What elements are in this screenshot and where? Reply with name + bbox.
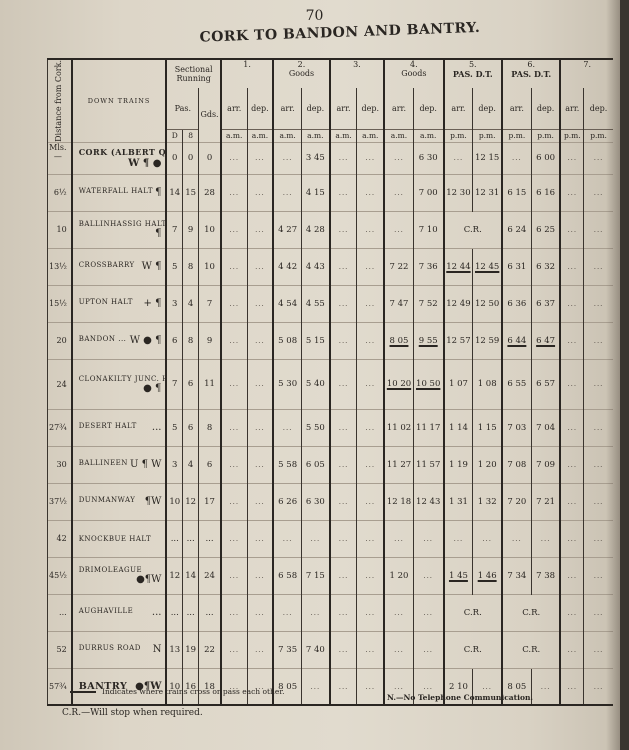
dep-time-cell: 7 09 (531, 446, 560, 483)
distance-header: Distance from Cork. (48, 59, 72, 142)
station-name: Ballinhassig Halt¶ (72, 211, 167, 248)
distance-cell: 6½ (48, 174, 72, 211)
distance-cell: 45½ (48, 557, 72, 594)
pas-s-cell: 0 (183, 142, 199, 174)
pas-s-cell: 9 (183, 211, 199, 248)
pas-s-cell: 19 (183, 631, 199, 668)
pas-d-cell: 14 (166, 174, 182, 211)
dep-time-cell: ... (247, 594, 273, 631)
dep-time-cell: ... (413, 557, 443, 594)
arr-time-cell: 7 35 (273, 631, 301, 668)
dep-period: p.m. (531, 129, 560, 142)
pas-s-cell: 8 (183, 248, 199, 285)
arr-time-cell: 1 31 (444, 483, 473, 520)
arr-time-cell: 1 19 (444, 446, 473, 483)
arr-time-cell: ... (560, 594, 583, 631)
arr-time-cell: 4 54 (273, 285, 301, 322)
arr-time-cell: ... (330, 248, 357, 285)
dep-time-cell: ... (473, 520, 502, 557)
train-header-4: 4.Goods (384, 59, 443, 88)
arr-time-cell: 4 42 (273, 248, 301, 285)
dep-time-cell: 6 57 (531, 359, 560, 409)
arr-time-cell: ... (221, 142, 247, 174)
time-cell-cr: C.R. (444, 631, 502, 668)
arr-time-cell: ... (330, 668, 357, 705)
dep-time-cell: 3 45 (302, 142, 330, 174)
gds-cell: 0 (199, 142, 221, 174)
arr-time-cell: ... (221, 248, 247, 285)
dep-header: dep. (584, 88, 613, 129)
timetable-page: 70 CORK TO BANDON AND BANTRY. Distance f… (0, 0, 620, 750)
arr-header: arr. (502, 88, 531, 129)
dep-time-cell: 6 30 (413, 142, 443, 174)
dep-time-cell: ... (584, 631, 613, 668)
station-row: 37½Dunmanway¶W101217......6 266 30......… (48, 483, 614, 520)
arr-time-cell: ... (221, 409, 247, 446)
arr-time-cell: ... (384, 520, 413, 557)
station-symbols: W ● ¶ (130, 335, 165, 346)
pas-d-cell: 7 (166, 211, 182, 248)
gds-cell: 28 (199, 174, 221, 211)
arr-header: arr. (560, 88, 583, 129)
arr-time-cell: 1 45 (444, 557, 473, 594)
arr-time-cell: ... (221, 211, 247, 248)
train-header-7: 7. (560, 59, 613, 88)
pas-s-cell: 12 (183, 483, 199, 520)
arr-time-cell: ... (330, 211, 357, 248)
arr-time-cell: ... (560, 211, 583, 248)
arr-time-cell: 1 07 (444, 359, 473, 409)
arr-time-cell: 6 36 (502, 285, 531, 322)
dep-period: a.m. (247, 129, 273, 142)
dep-period: a.m. (413, 129, 443, 142)
sectional-running-header: Sectional Running (166, 59, 220, 88)
timetable-body: Mls.—CORK (Albert Quay)W ¶ ●000.........… (48, 142, 614, 705)
arr-time-cell: 7 20 (502, 483, 531, 520)
train-header-5: 5.PAS. D.T. (444, 59, 502, 88)
dep-time-cell: 10 50 (413, 359, 443, 409)
station-row: 13½CrossbarryW ¶5810......4 424 43......… (48, 248, 614, 285)
arr-time-cell: ... (384, 594, 413, 631)
dep-time-cell: 11 57 (413, 446, 443, 483)
arr-time-cell: ... (330, 557, 357, 594)
arr-time-cell: 6 24 (502, 211, 531, 248)
dep-time-cell: 7 10 (413, 211, 443, 248)
distance-cell: 24 (48, 359, 72, 409)
down-trains-header: DOWN TRAINS (72, 59, 167, 142)
dep-time-cell: ... (302, 520, 330, 557)
arr-time-cell: ... (560, 409, 583, 446)
station-symbols: ... (152, 422, 165, 433)
station-symbols: ¶ (155, 228, 164, 239)
arr-time-cell: ... (273, 409, 301, 446)
arr-time-cell: 6 15 (502, 174, 531, 211)
dep-time-cell: 6 47 (531, 322, 560, 359)
arr-time-cell: ... (330, 483, 357, 520)
arr-time-cell: ... (444, 142, 473, 174)
arr-time-cell: 7 34 (502, 557, 531, 594)
distance-cell: 42 (48, 520, 72, 557)
dep-time-cell: 6 16 (531, 174, 560, 211)
arr-time-cell: 6 26 (273, 483, 301, 520)
pas-d-cell: 12 (166, 557, 182, 594)
timetable-header: Distance from Cork.DOWN TRAINSSectional … (48, 59, 614, 142)
arr-time-cell: ... (330, 631, 357, 668)
arr-time-cell: ... (560, 359, 583, 409)
pas-s-cell: 6 (183, 359, 199, 409)
gds-cell: ... (199, 520, 221, 557)
arr-period: a.m. (273, 129, 301, 142)
station-row: Mls.—CORK (Albert Quay)W ¶ ●000.........… (48, 142, 614, 174)
dep-time-cell: ... (584, 322, 613, 359)
station-name: Waterfall Halt¶ (72, 174, 167, 211)
station-name: Clonakilty Junc. Halt● ¶ (72, 359, 167, 409)
dep-time-cell: ... (247, 409, 273, 446)
arr-time-cell: 6 44 (502, 322, 531, 359)
arr-time-cell: ... (330, 520, 357, 557)
arr-period: p.m. (444, 129, 473, 142)
dep-header: dep. (413, 88, 443, 129)
dep-time-cell: ... (413, 520, 443, 557)
pas-s-cell: 15 (183, 174, 199, 211)
arr-time-cell: ... (330, 409, 357, 446)
dep-time-cell: ... (584, 174, 613, 211)
station-name: Upton Halt+ ¶ (72, 285, 167, 322)
station-symbols: ●¶W (136, 574, 164, 585)
arr-time-cell: 7 08 (502, 446, 531, 483)
dep-time-cell: ... (357, 174, 384, 211)
distance-cell: 13½ (48, 248, 72, 285)
arr-time-cell: ... (560, 322, 583, 359)
station-symbols: ¶ (155, 187, 164, 198)
arr-time-cell: ... (221, 285, 247, 322)
dep-time-cell: 1 15 (473, 409, 502, 446)
arr-time-cell: ... (330, 359, 357, 409)
distance-cell: 37½ (48, 483, 72, 520)
timetable: Distance from Cork.DOWN TRAINSSectional … (47, 58, 613, 706)
arr-time-cell: ... (560, 174, 583, 211)
station-name: Knockbue Halt (72, 520, 167, 557)
dep-time-cell: 12 50 (473, 285, 502, 322)
dep-time-cell: ... (247, 557, 273, 594)
arr-time-cell: ... (560, 631, 583, 668)
dep-time-cell: 6 37 (531, 285, 560, 322)
dep-header: dep. (531, 88, 560, 129)
dep-time-cell: 7 15 (302, 557, 330, 594)
dep-time-cell: ... (357, 248, 384, 285)
train-header-6: 6.PAS. D.T. (502, 59, 560, 88)
arr-time-cell: ... (384, 174, 413, 211)
arr-time-cell: ... (221, 483, 247, 520)
time-cell-cr: C.R. (502, 594, 560, 631)
distance-cell: 20 (48, 322, 72, 359)
arr-time-cell: ... (560, 142, 583, 174)
dep-time-cell: ... (357, 483, 384, 520)
station-name: Drimoleague●¶W (72, 557, 167, 594)
dep-time-cell: ... (584, 359, 613, 409)
pas-d-cell: 0 (166, 142, 182, 174)
station-name: Durrus RoadN (72, 631, 167, 668)
dep-time-cell: ... (584, 446, 613, 483)
dep-time-cell: 6 32 (531, 248, 560, 285)
footnote-n: N.—No Telephone Communication. (387, 693, 533, 702)
dep-time-cell: 7 40 (302, 631, 330, 668)
dep-time-cell: 6 30 (302, 483, 330, 520)
dep-time-cell: 12 43 (413, 483, 443, 520)
arr-time-cell: 6 55 (502, 359, 531, 409)
arr-time-cell: ... (444, 520, 473, 557)
pas-d-cell: ... (166, 520, 182, 557)
arr-time-cell: 11 02 (384, 409, 413, 446)
gds-cell: 10 (199, 211, 221, 248)
dep-time-cell: ... (247, 248, 273, 285)
gds-header: Gds. (199, 88, 221, 142)
gds-cell: 11 (199, 359, 221, 409)
arr-time-cell: ... (560, 248, 583, 285)
dep-time-cell: 1 32 (473, 483, 502, 520)
arr-time-cell: 12 49 (444, 285, 473, 322)
dep-time-cell: ... (247, 446, 273, 483)
dep-time-cell: 7 52 (413, 285, 443, 322)
arr-time-cell: ... (221, 174, 247, 211)
pas-s-cell: 4 (183, 446, 199, 483)
arr-time-cell: 7 03 (502, 409, 531, 446)
station-row: 10Ballinhassig Halt¶7910......4 274 28..… (48, 211, 614, 248)
dep-time-cell: ... (584, 668, 613, 705)
arr-time-cell: ... (560, 520, 583, 557)
arr-time-cell: ... (384, 631, 413, 668)
dep-time-cell: 6 00 (531, 142, 560, 174)
arr-period: a.m. (221, 129, 247, 142)
dep-time-cell: ... (357, 557, 384, 594)
gds-cell: 17 (199, 483, 221, 520)
arr-time-cell: ... (384, 211, 413, 248)
station-symbols: ... (152, 607, 165, 618)
dep-time-cell: 1 46 (473, 557, 502, 594)
arr-time-cell: 7 22 (384, 248, 413, 285)
dep-time-cell: ... (247, 285, 273, 322)
arr-time-cell: ... (560, 557, 583, 594)
dep-time-cell: 7 38 (531, 557, 560, 594)
arr-header: arr. (384, 88, 413, 129)
dep-time-cell: 7 21 (531, 483, 560, 520)
dep-time-cell: ... (247, 174, 273, 211)
dep-time-cell: ... (302, 594, 330, 631)
arr-time-cell: ... (221, 520, 247, 557)
miles-cell: Mls.— (48, 142, 72, 174)
arr-time-cell: 7 47 (384, 285, 413, 322)
dep-time-cell: 6 05 (302, 446, 330, 483)
pas-d-cell: 3 (166, 446, 182, 483)
dep-time-cell: ... (357, 520, 384, 557)
dep-time-cell: ... (413, 594, 443, 631)
dep-time-cell: 4 15 (302, 174, 330, 211)
gds-cell: 10 (199, 248, 221, 285)
arr-time-cell: ... (330, 446, 357, 483)
pas-s-header: 8 (183, 129, 199, 142)
dep-time-cell: 4 55 (302, 285, 330, 322)
cross-rule-icon (70, 691, 96, 693)
pas-d-cell: 7 (166, 359, 182, 409)
dep-time-cell: 12 59 (473, 322, 502, 359)
dep-time-cell: ... (584, 409, 613, 446)
dep-time-cell: ... (584, 557, 613, 594)
station-symbols: + ¶ (144, 298, 165, 309)
station-symbols: ¶W (145, 496, 165, 507)
dep-time-cell: 1 08 (473, 359, 502, 409)
train-header-3: 3. (330, 59, 384, 88)
page-number: 70 (0, 8, 629, 24)
arr-time-cell: 1 14 (444, 409, 473, 446)
arr-time-cell: ... (560, 446, 583, 483)
pas-s-cell: 6 (183, 409, 199, 446)
station-row: ...Aughaville...........................… (48, 594, 614, 631)
dep-time-cell: ... (357, 285, 384, 322)
dep-time-cell: 11 17 (413, 409, 443, 446)
pas-d-cell: 5 (166, 248, 182, 285)
footnote-cross: Indicates where trains cross or pass eac… (70, 687, 284, 696)
dep-period: p.m. (473, 129, 502, 142)
arr-time-cell: ... (502, 142, 531, 174)
dep-time-cell: ... (247, 631, 273, 668)
dep-time-cell: ... (584, 211, 613, 248)
station-row: 52Durrus RoadN131922......7 357 40......… (48, 631, 614, 668)
station-name: CORK (Albert Quay)W ¶ ● (72, 142, 167, 174)
dep-time-cell: ... (357, 211, 384, 248)
time-cell-cr: C.R. (444, 211, 502, 248)
dep-time-cell: ... (357, 446, 384, 483)
pas-header: Pas. (166, 88, 198, 129)
station-row: 24Clonakilty Junc. Halt● ¶7611......5 30… (48, 359, 614, 409)
dep-time-cell: ... (357, 359, 384, 409)
arr-time-cell: ... (273, 174, 301, 211)
pas-s-cell: 14 (183, 557, 199, 594)
arr-time-cell: ... (330, 174, 357, 211)
arr-time-cell: 6 58 (273, 557, 301, 594)
station-name: Desert Halt... (72, 409, 167, 446)
dep-time-cell: ... (584, 520, 613, 557)
dep-time-cell: 12 15 (473, 142, 502, 174)
arr-time-cell: 5 30 (273, 359, 301, 409)
arr-header: arr. (273, 88, 301, 129)
dep-period: a.m. (357, 129, 384, 142)
arr-time-cell: ... (221, 322, 247, 359)
dep-time-cell: ... (584, 594, 613, 631)
arr-period: a.m. (384, 129, 413, 142)
arr-time-cell: 5 58 (273, 446, 301, 483)
station-name: Aughaville... (72, 594, 167, 631)
distance-cell: 10 (48, 211, 72, 248)
arr-time-cell: ... (330, 285, 357, 322)
pas-d-cell: 6 (166, 322, 182, 359)
arr-time-cell: ... (221, 631, 247, 668)
dep-time-cell: ... (584, 248, 613, 285)
gds-cell: 24 (199, 557, 221, 594)
distance-cell: 57¾ (48, 668, 72, 705)
arr-time-cell: ... (330, 142, 357, 174)
station-symbols: U ¶ W (130, 459, 164, 470)
arr-time-cell: ... (273, 594, 301, 631)
arr-time-cell: 6 31 (502, 248, 531, 285)
dep-time-cell: ... (357, 322, 384, 359)
pas-s-cell: ... (183, 594, 199, 631)
arr-time-cell: 12 57 (444, 322, 473, 359)
arr-time-cell: ... (221, 359, 247, 409)
station-name: Bandon ...W ● ¶ (72, 322, 167, 359)
dep-time-cell: 7 36 (413, 248, 443, 285)
arr-time-cell: 1 20 (384, 557, 413, 594)
arr-time-cell: 11 27 (384, 446, 413, 483)
arr-time-cell: 8 05 (384, 322, 413, 359)
dep-time-cell: ... (247, 359, 273, 409)
arr-time-cell: ... (502, 520, 531, 557)
station-symbols: ● ¶ (143, 383, 164, 394)
arr-time-cell: 12 30 (444, 174, 473, 211)
arr-time-cell: ... (330, 594, 357, 631)
pas-d-cell: 10 (166, 483, 182, 520)
dep-period: a.m. (302, 129, 330, 142)
arr-time-cell: ... (560, 483, 583, 520)
arr-time-cell: 12 44 (444, 248, 473, 285)
dep-time-cell: ... (584, 285, 613, 322)
gds-cell: 7 (199, 285, 221, 322)
dep-time-cell: ... (357, 631, 384, 668)
train-header-2: 2.Goods (273, 59, 329, 88)
pas-s-cell: 4 (183, 285, 199, 322)
distance-cell: 27¾ (48, 409, 72, 446)
dep-time-cell: ... (531, 668, 560, 705)
station-name: Dunmanway¶W (72, 483, 167, 520)
dep-time-cell: ... (247, 322, 273, 359)
arr-time-cell: ... (221, 594, 247, 631)
distance-cell: 15½ (48, 285, 72, 322)
station-name: CrossbarryW ¶ (72, 248, 167, 285)
dep-time-cell: 12 31 (473, 174, 502, 211)
arr-time-cell: ... (560, 668, 583, 705)
footnote-cr: C.R.—Will stop when required. (62, 708, 203, 718)
station-row: 42Knockbue Halt.........................… (48, 520, 614, 557)
arr-time-cell: 10 20 (384, 359, 413, 409)
train-header-1: 1. (221, 59, 273, 88)
dep-time-cell: ... (357, 409, 384, 446)
dep-time-cell: ... (302, 668, 330, 705)
station-row: 15½Upton Halt+ ¶347......4 544 55......7… (48, 285, 614, 322)
dep-time-cell: ... (247, 142, 273, 174)
dep-time-cell: ... (413, 631, 443, 668)
station-symbols: W ¶ (142, 261, 165, 272)
pas-s-cell: 8 (183, 322, 199, 359)
arr-time-cell: ... (221, 557, 247, 594)
arr-period: p.m. (502, 129, 531, 142)
pas-d-cell: 13 (166, 631, 182, 668)
dep-time-cell: 5 50 (302, 409, 330, 446)
dep-time-cell: 1 20 (473, 446, 502, 483)
dep-time-cell: 7 00 (413, 174, 443, 211)
pas-s-cell: ... (183, 520, 199, 557)
dep-time-cell: ... (357, 594, 384, 631)
arr-header: arr. (221, 88, 247, 129)
distance-cell: ... (48, 594, 72, 631)
dep-period: p.m. (584, 129, 613, 142)
gds-cell: ... (199, 594, 221, 631)
pas-d-cell: ... (166, 594, 182, 631)
dep-time-cell: 12 45 (473, 248, 502, 285)
arr-time-cell: ... (221, 446, 247, 483)
station-row: 6½Waterfall Halt¶141528.........4 15....… (48, 174, 614, 211)
arr-time-cell: 12 18 (384, 483, 413, 520)
arr-header: arr. (330, 88, 357, 129)
station-symbols: N (153, 644, 165, 655)
